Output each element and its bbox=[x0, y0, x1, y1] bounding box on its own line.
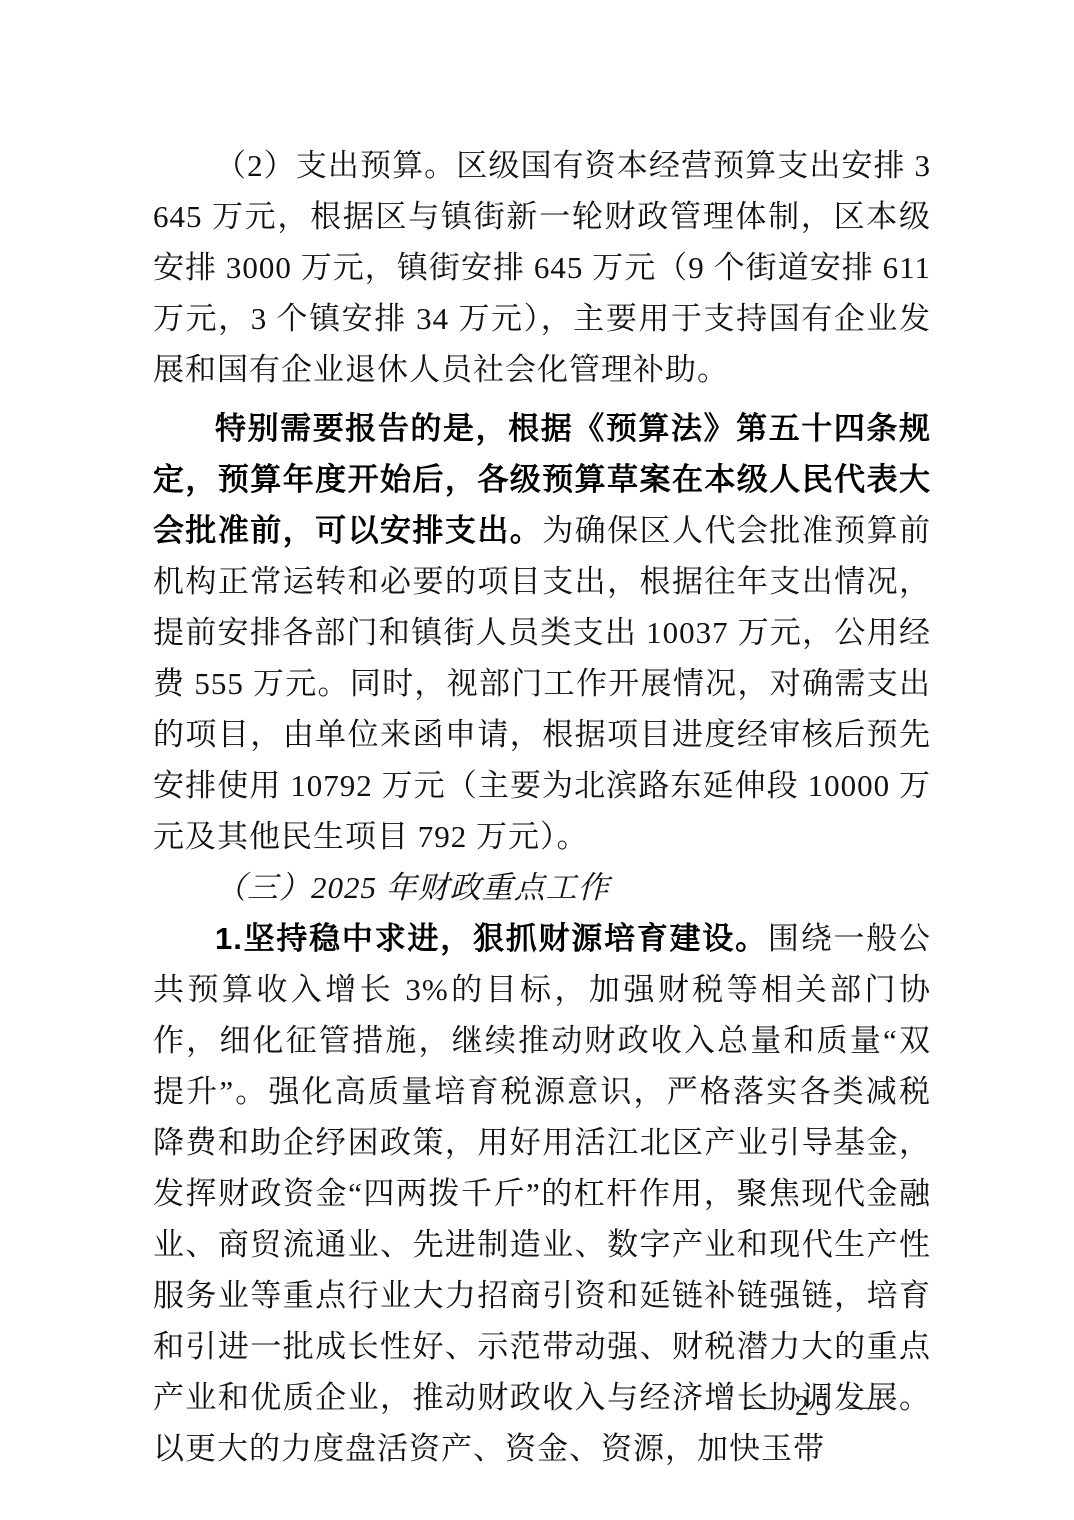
heading-2025-key-fiscal-work: （三）2025 年财政重点工作 bbox=[153, 862, 931, 913]
page-number: — 25 — bbox=[748, 1390, 882, 1424]
bold-text-run: 1.坚持稳中求进，狠抓财源培育建设。 bbox=[215, 921, 768, 956]
text-run: （三）2025 年财政重点工作 bbox=[215, 870, 610, 905]
document-page: { "page": { "background": "#ffffff", "te… bbox=[0, 0, 1074, 1520]
para-expenditure-budget: （2）支出预算。区级国有资本经营预算支出安排 3645 万元，根据区与镇街新一轮… bbox=[153, 140, 931, 395]
text-run: 为确保区人代会批准预算前机构正常运转和必要的项目支出，根据往年支出情况，提前安排… bbox=[153, 513, 931, 854]
document-body: （2）支出预算。区级国有资本经营预算支出安排 3645 万元，根据区与镇街新一轮… bbox=[153, 140, 931, 1474]
text-run: （2）支出预算。区级国有资本经营预算支出安排 3645 万元，根据区与镇街新一轮… bbox=[153, 148, 931, 387]
text-run: 围绕一般公共预算收入增长 3%的目标，加强财税等相关部门协作，细化征管措施，继续… bbox=[153, 921, 931, 1466]
para-special-report: 特别需要报告的是，根据《预算法》第五十四条规定，预算年度开始后，各级预算草案在本… bbox=[153, 403, 931, 862]
